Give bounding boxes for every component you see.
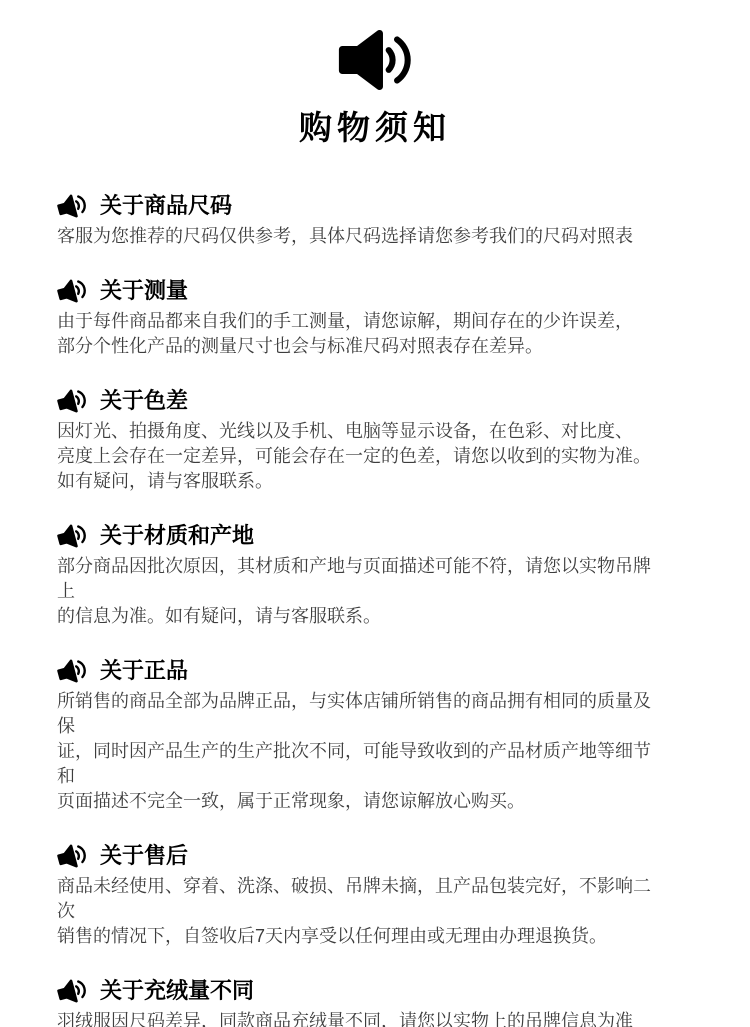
section-body: 客服为您推荐的尺码仅供参考，具体尺码选择请您参考我们的尺码对照表 [57,224,667,249]
section-body: 部分商品因批次原因，其材质和产地与页面描述可能不符，请您以实物吊牌上 的信息为准… [57,554,667,629]
speaker-icon [54,975,89,1007]
section-header-row: 关于色差 [57,387,690,415]
notice-section: 关于材质和产地 部分商品因批次原因，其材质和产地与页面描述可能不符，请您以实物吊… [57,522,690,629]
section-header-row: 关于正品 [57,657,690,685]
section-body: 由于每件商品都来自我们的手工测量，请您谅解，期间存在的少许误差， 部分个性化产品… [57,309,667,359]
notice-section: 关于正品 所销售的商品全部为品牌正品，与实体店铺所销售的商品拥有相同的质量及保 … [57,657,690,814]
notice-section: 关于充绒量不同 羽绒服因尺码差异，同款商品充绒量不同，请您以实物上的吊牌信息为准 [57,977,690,1027]
speaker-icon [54,520,89,552]
notice-section: 关于色差 因灯光、拍摄角度、光线以及手机、电脑等显示设备，在色彩、对比度、 亮度… [57,387,690,494]
section-header-row: 关于材质和产地 [57,522,690,550]
section-heading: 关于色差 [100,387,188,415]
speaker-icon [54,655,89,687]
section-header-row: 关于测量 [57,277,690,305]
section-heading: 关于测量 [100,277,188,305]
section-body: 商品未经使用、穿着、洗涤、破损、吊牌未摘，且产品包装完好，不影响二次 销售的情况… [57,874,667,949]
speaker-icon [54,275,89,307]
section-header-row: 关于售后 [57,842,690,870]
section-header-row: 关于商品尺码 [57,192,690,220]
section-heading: 关于正品 [100,657,188,685]
section-heading: 关于售后 [100,842,188,870]
notice-sections: 关于商品尺码 客服为您推荐的尺码仅供参考，具体尺码选择请您参考我们的尺码对照表 … [0,147,750,1027]
speaker-icon [54,385,89,417]
speaker-icon [54,840,89,872]
notice-section: 关于商品尺码 客服为您推荐的尺码仅供参考，具体尺码选择请您参考我们的尺码对照表 [57,192,690,249]
section-header-row: 关于充绒量不同 [57,977,690,1005]
speaker-icon [54,190,89,222]
section-body: 因灯光、拍摄角度、光线以及手机、电脑等显示设备，在色彩、对比度、 亮度上会存在一… [57,419,667,494]
section-heading: 关于材质和产地 [100,522,254,550]
section-heading: 关于商品尺码 [100,192,232,220]
section-heading: 关于充绒量不同 [100,977,254,1005]
section-body: 羽绒服因尺码差异，同款商品充绒量不同，请您以实物上的吊牌信息为准 [57,1009,667,1027]
section-body: 所销售的商品全部为品牌正品，与实体店铺所销售的商品拥有相同的质量及保 证，同时因… [57,689,667,814]
page-title: 购物须知 [0,109,750,147]
shopping-notice-page: 购物须知 关于商品尺码 客服为您推荐的尺码仅供参考，具体尺码选择请您参考我们的尺… [0,0,750,1027]
notice-section: 关于售后 商品未经使用、穿着、洗涤、破损、吊牌未摘，且产品包装完好，不影响二次 … [57,842,690,949]
notice-section: 关于测量 由于每件商品都来自我们的手工测量，请您谅解，期间存在的少许误差， 部分… [57,277,690,359]
notice-header: 购物须知 [0,0,750,147]
speaker-icon [337,28,413,92]
